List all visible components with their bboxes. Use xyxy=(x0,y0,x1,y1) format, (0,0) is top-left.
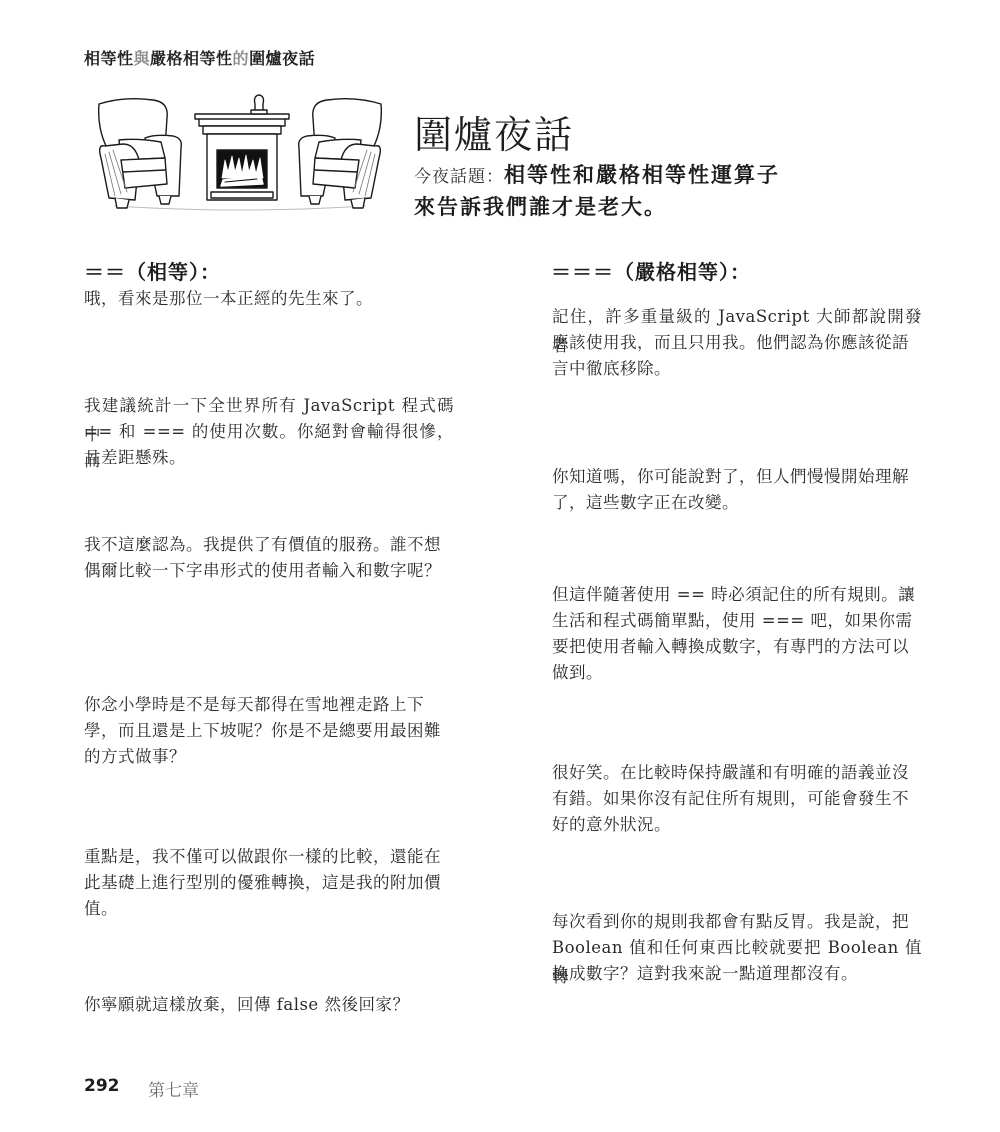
speaker-symbol: ＝＝ xyxy=(84,260,126,284)
dialogue-line: 了，這些數字正在改變。 xyxy=(552,488,922,517)
fireside-chat-title: 圍爐夜話 xyxy=(414,104,574,159)
topic-line-1: 相等性和嚴格相等性運算子 xyxy=(504,163,780,187)
page-number: 292 xyxy=(84,1076,120,1096)
dialogue-line: 要把使用者輸入轉換成數字，有專門的方法可以 xyxy=(552,632,922,661)
speaker-name: （相等）： xyxy=(126,260,221,284)
dialogue-line: 此基礎上進行型別的優雅轉換，這是我的附加價 xyxy=(84,868,454,897)
dialogue-line: 有錯。如果你沒有記住所有規則，可能會發生不 xyxy=(552,784,922,813)
fireside-topic: 今夜話題：相等性和嚴格相等性運算子 來告訴我們誰才是老大。 xyxy=(414,160,874,222)
topic-line-2: 來告訴我們誰才是老大。 xyxy=(414,195,667,219)
dialogue-line: 我不這麼認為。我提供了有價值的服務。誰不想 xyxy=(84,530,454,559)
dialogue-line: 學，而且還是上下坡呢？你是不是總要用最困難 xyxy=(84,716,454,745)
dialogue-line: 生活和程式碼簡單點，使用 === 吧，如果你需 xyxy=(552,606,922,635)
dialogue-line: 你知道嗎，你可能說對了，但人們慢慢開始理解 xyxy=(552,462,922,491)
dialogue-line: 很好笑。在比較時保持嚴謹和有明確的語義並沒 xyxy=(552,758,922,787)
dialogue-line: 做到。 xyxy=(552,658,922,687)
chapter-label: 第七章 xyxy=(148,1076,199,1101)
speaker-heading-equality: ＝＝（相等）： xyxy=(84,256,221,285)
running-head: 相等性與嚴格相等性的圍爐夜話 xyxy=(84,46,315,69)
dialogue-line: 好的意外狀況。 xyxy=(552,810,922,839)
dialogue-line: 每次看到你的規則我都會有點反胃。我是說，把 xyxy=(552,907,922,936)
dialogue-line: 言中徹底移除。 xyxy=(552,354,922,383)
dialogue-line: 哦，看來是那位一本正經的先生來了。 xyxy=(84,284,454,313)
running-head-part: 嚴格相等性 xyxy=(150,49,233,68)
dialogue-line: 重點是，我不僅可以做跟你一樣的比較，還能在 xyxy=(84,842,454,871)
topic-prefix: 今夜話題： xyxy=(414,167,504,187)
running-head-part: 相等性 xyxy=(84,49,134,68)
running-head-part: 的 xyxy=(233,49,250,68)
dialogue-line: 應該使用我，而且只用我。他們認為你應該從語 xyxy=(552,328,922,357)
dialogue-line: 但這伴隨著使用 == 時必須記住的所有規則。讓 xyxy=(552,580,922,609)
dialogue-line: 值。 xyxy=(84,894,454,923)
dialogue-line: 且差距懸殊。 xyxy=(84,443,454,472)
fireside-armchairs-fireplace-icon xyxy=(95,88,385,216)
speaker-symbol: ＝＝＝ xyxy=(551,260,614,284)
dialogue-line: 換成數字？這對我來說一點道理都沒有。 xyxy=(552,959,922,988)
running-head-part: 與 xyxy=(134,49,151,68)
dialogue-line: 你寧願就這樣放棄，回傳 false 然後回家？ xyxy=(84,990,454,1019)
dialogue-line: 你念小學時是不是每天都得在雪地裡走路上下 xyxy=(84,690,454,719)
running-head-part: 圍爐夜話 xyxy=(249,49,315,68)
speaker-heading-strict-equality: ＝＝＝（嚴格相等）： xyxy=(551,256,751,285)
dialogue-line: 的方式做事？ xyxy=(84,742,454,771)
dialogue-line: 偶爾比較一下字串形式的使用者輸入和數字呢？ xyxy=(84,556,454,585)
speaker-name: （嚴格相等）： xyxy=(614,260,751,284)
